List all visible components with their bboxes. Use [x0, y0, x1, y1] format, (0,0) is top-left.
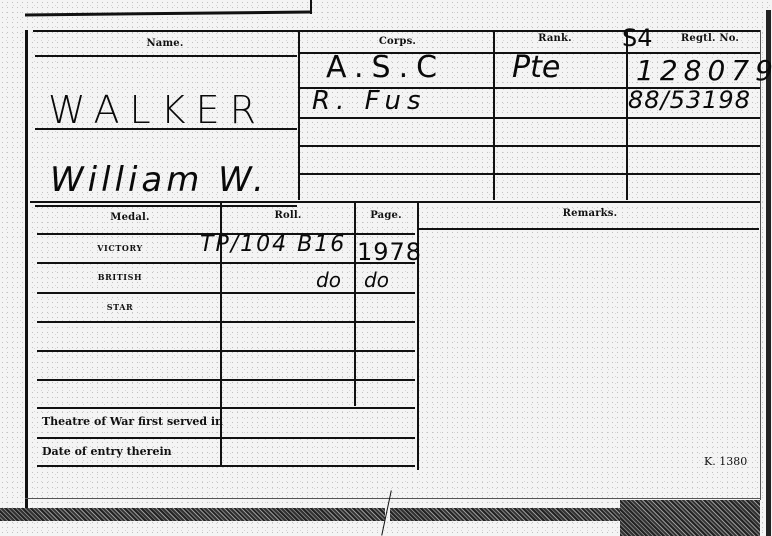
british-page-entry: do [364, 268, 389, 292]
medal-row-line-3 [37, 321, 415, 323]
corps-row-line-3 [300, 117, 760, 119]
regtl-no-entry-1: 128079 [636, 54, 772, 87]
card-left-border [25, 30, 28, 508]
corps-entry-2: R. Fus [312, 86, 427, 116]
regtl-no-header: Regtl. No. [660, 33, 760, 44]
medal-victory-label: Victory [60, 243, 180, 253]
rank-entry: Pte [512, 50, 560, 85]
date-label: Date of entry therein [42, 445, 172, 458]
forenames-handwritten: William W. [50, 160, 268, 200]
medal-british-label: British [60, 272, 180, 282]
scan-right-edge [766, 10, 771, 536]
scan-bottom-band [0, 508, 385, 521]
medal-row-line-4 [37, 350, 415, 352]
card-bottom-border [25, 498, 760, 499]
medal-row-line-2 [37, 292, 415, 294]
remarks-header: Remarks. [420, 208, 760, 219]
corps-header: Corps. [300, 36, 495, 47]
form-code: K. 1380 [704, 455, 747, 468]
regtl-no-entry-2: 88/53198 [628, 86, 751, 114]
rank-header: Rank. [525, 33, 585, 44]
name-header: Name. [40, 38, 290, 49]
theatre-label: Theatre of War first served in [42, 415, 223, 428]
surname-handwritten: WALKER [48, 88, 266, 132]
roll-header: Roll. [222, 210, 354, 221]
medal-header: Medal. [40, 212, 220, 223]
forename-underline [35, 205, 297, 207]
remarks-header-underline [419, 228, 759, 230]
british-roll-entry: do [316, 268, 341, 292]
corps-row-line-5 [300, 173, 760, 175]
top-section-bottom [30, 201, 760, 203]
victory-roll-entry: TP/104 B16 [200, 232, 346, 257]
name-header-underline [35, 55, 297, 57]
scan-bottom-block [620, 500, 760, 536]
corps-row-line-4 [300, 145, 760, 147]
theatre-row-line [37, 437, 415, 439]
corps-entry-1: A.S.C [326, 50, 445, 85]
medal-row-line-6 [37, 407, 415, 409]
date-row-line [37, 465, 415, 467]
medal-star-label: Star [60, 302, 180, 312]
scan-bottom-band-right [390, 508, 630, 521]
page-header: Page. [356, 210, 416, 221]
medal-row-line-5 [37, 379, 415, 381]
victory-page-entry: 1978 [357, 238, 422, 266]
remarks-area [422, 234, 756, 484]
top-edge-mark [310, 0, 312, 14]
regtl-prefix: S4 [622, 24, 653, 52]
card-right-border [760, 30, 761, 500]
